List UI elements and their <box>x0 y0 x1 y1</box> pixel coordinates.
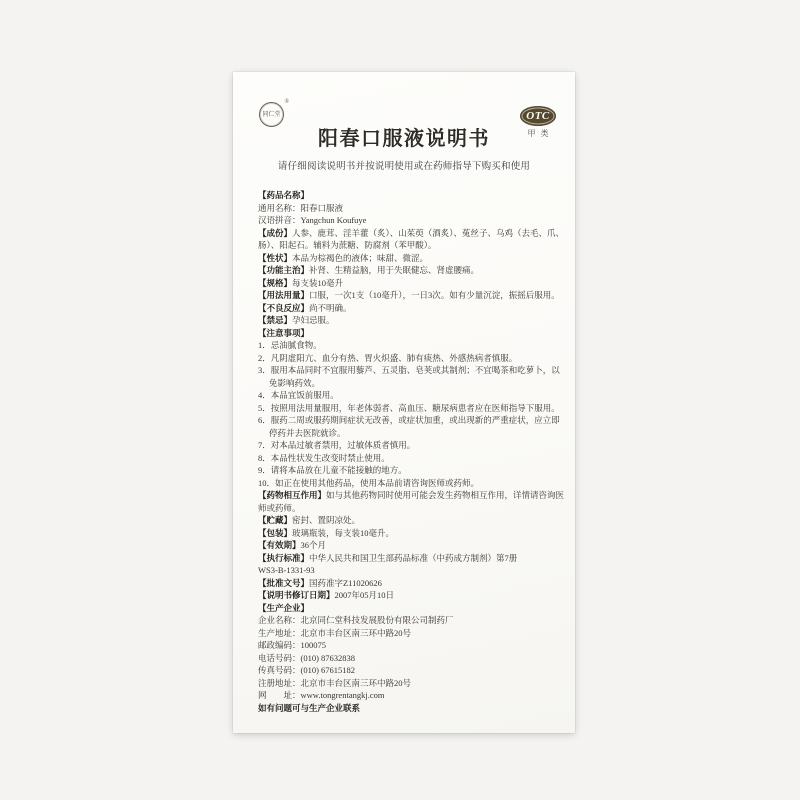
body-line: 传真号码：(010) 67615182 <box>258 664 566 677</box>
body-line: 【药品名称】 <box>258 189 566 202</box>
body-line: 电话号码：(010) 87632838 <box>258 652 566 665</box>
section-label: 【包装】 <box>258 528 292 538</box>
body-line: 如有问题可与生产企业联系 <box>258 702 566 715</box>
body-line: 【注意事项】 <box>258 327 566 340</box>
body-line: 【贮藏】密封、置阴凉处。 <box>258 514 566 527</box>
otc-oval-icon: OTC <box>520 106 556 126</box>
section-label: 【规格】 <box>258 278 292 288</box>
body-line: 企业名称：北京同仁堂科技发展股份有限公司制药厂 <box>258 614 566 627</box>
body-line: 3．服用本品同时不宜服用藜芦、五灵脂、皂荚或其制剂；不宜喝茶和吃萝卜，以免影响药… <box>258 364 566 389</box>
brand-logo-text: 同仁堂 <box>262 112 280 118</box>
section-label: 【注意事项】 <box>258 328 309 338</box>
section-label: 【生产企业】 <box>258 603 309 613</box>
body-line: 【包装】玻璃瓶装，每支装10毫升。 <box>258 527 566 540</box>
body-line: 4．本品宜饭前服用。 <box>258 389 566 402</box>
page-subtitle: 请仔细阅读说明书并按说明使用或在药师指导下购买和使用 <box>233 158 575 172</box>
section-label: 【贮藏】 <box>258 515 292 525</box>
section-label: 【用法用量】 <box>258 290 309 300</box>
leaflet-body: 【药品名称】通用名称：阳春口服液汉语拼音：Yangchun Koufuye【成份… <box>258 189 566 714</box>
registered-trademark-mark: ® <box>284 99 289 105</box>
body-line: 6．服药二周或服药期间症状无改善，或症状加重，或出现新的严重症状，应立即停药并去… <box>258 414 566 439</box>
body-line: 汉语拼音：Yangchun Koufuye <box>258 214 566 227</box>
section-label: 【不良反应】 <box>258 303 309 313</box>
body-line: 8．本品性状发生改变时禁止使用。 <box>258 452 566 465</box>
body-line: 【功能主治】补肾、生精益脑，用于失眠健忘、肾虚腰痛。 <box>258 264 566 277</box>
body-line: 【批准文号】国药准字Z11020626 <box>258 577 566 590</box>
section-label: 【执行标准】 <box>258 553 309 563</box>
body-line: 【执行标准】中华人民共和国卫生部药品标准（中药成方制剂）第7册 <box>258 552 566 565</box>
body-line: 生产地址：北京市丰台区南三环中路20号 <box>258 627 566 640</box>
brand-logo: 同仁堂 ® <box>259 102 289 130</box>
body-line: 7．对本品过敏者禁用，过敏体质者慎用。 <box>258 439 566 452</box>
body-line: 网 址：www.tongrentangkj.com <box>258 689 566 702</box>
body-line: 邮政编码：100075 <box>258 639 566 652</box>
section-label: 【禁忌】 <box>258 315 292 325</box>
body-line: 5．按照用法用量服用，年老体弱者、高血压、糖尿病患者应在医师指导下服用。 <box>258 402 566 415</box>
section-label: 【功能主治】 <box>258 265 309 275</box>
body-line: 1．忌油腻食物。 <box>258 339 566 352</box>
otc-category-label: 甲类 <box>518 128 558 139</box>
otc-badge: OTC 甲类 <box>518 106 558 139</box>
section-label: 【成份】 <box>258 228 292 238</box>
leaflet-page: 同仁堂 ® OTC 甲类 阳春口服液说明书 请仔细阅读说明书并按说明使用或在药师… <box>233 72 575 733</box>
tongrentang-seal-icon: 同仁堂 <box>259 102 284 127</box>
body-line: 9．请将本品放在儿童不能接触的地方。 <box>258 464 566 477</box>
body-line: 【用法用量】口服，一次1支（10毫升），一日3次。如有少量沉淀，振摇后服用。 <box>258 289 566 302</box>
section-label: 【有效期】 <box>258 540 301 550</box>
body-line: 【性状】本品为棕褐色的液体；味甜、微涩。 <box>258 252 566 265</box>
body-line: 【有效期】36个月 <box>258 539 566 552</box>
body-line: 2．凡阴虚阳亢、血分有热、胃火炽盛、肺有痰热、外感热病者慎服。 <box>258 352 566 365</box>
section-label: 【药品名称】 <box>258 190 309 200</box>
body-line: WS3-B-1331-93 <box>258 564 566 577</box>
body-line: 【禁忌】孕妇忌服。 <box>258 314 566 327</box>
body-line: 【成份】人参、鹿茸、淫羊藿（炙）、山茱萸（酒炙）、菟丝子、乌鸡（去毛、爪、肠）、… <box>258 227 566 252</box>
body-line: 注册地址：北京市丰台区南三环中路20号 <box>258 677 566 690</box>
body-line: 【药物相互作用】如与其他药物同时使用可能会发生药物相互作用，详情请咨询医师或药师… <box>258 489 566 514</box>
body-line: 【规格】每支装10毫升 <box>258 277 566 290</box>
body-line: 【不良反应】尚不明确。 <box>258 302 566 315</box>
section-label: 【说明书修订日期】 <box>258 590 335 600</box>
body-line: 10．如正在使用其他药品，使用本品前请咨询医师或药师。 <box>258 477 566 490</box>
section-label: 【性状】 <box>258 253 292 263</box>
body-line: 【生产企业】 <box>258 602 566 615</box>
body-line: 通用名称：阳春口服液 <box>258 202 566 215</box>
section-label: 【药物相互作用】 <box>258 490 326 500</box>
body-line: 【说明书修订日期】2007年05月10日 <box>258 589 566 602</box>
section-label: 【批准文号】 <box>258 578 309 588</box>
